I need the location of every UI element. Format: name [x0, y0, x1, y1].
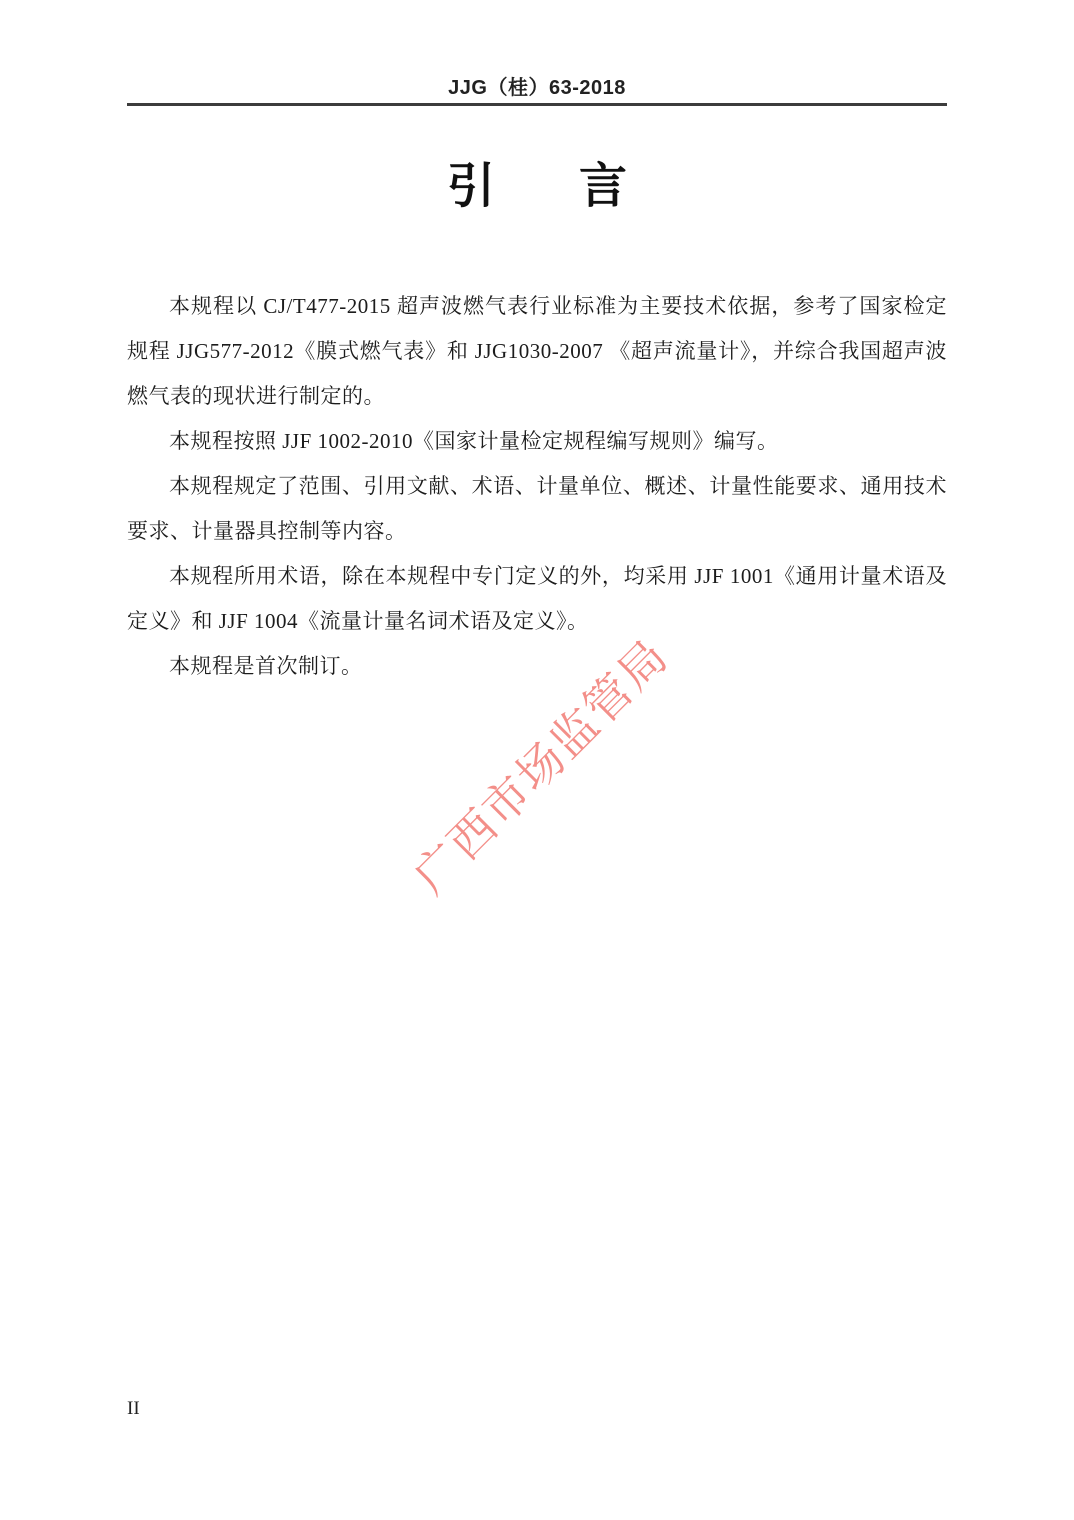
paragraph-5: 本规程是首次制订。 — [127, 644, 947, 689]
page-number: II — [127, 1398, 140, 1420]
paragraph-3: 本规程规定了范围、引用文献、术语、计量单位、概述、计量性能要求、通用技术要求、计… — [127, 464, 947, 554]
page-header: JJG（桂）63-2018 — [127, 0, 947, 106]
paragraph-4: 本规程所用术语，除在本规程中专门定义的外，均采用 JJF 1001《通用计量术语… — [127, 554, 947, 644]
title-char-2: 言 — [579, 158, 627, 214]
header-divider — [127, 103, 947, 106]
paragraph-1: 本规程以 CJ/T477-2015 超声波燃气表行业标准为主要技术依据，参考了国… — [127, 284, 947, 419]
document-body: 本规程以 CJ/T477-2015 超声波燃气表行业标准为主要技术依据，参考了国… — [127, 284, 947, 689]
document-page: JJG（桂）63-2018 引 言 本规程以 CJ/T477-2015 超声波燃… — [0, 0, 1074, 1520]
paragraph-2: 本规程按照 JJF 1002-2010《国家计量检定规程编写规则》编写。 — [127, 419, 947, 464]
page-title: 引 言 — [0, 158, 1074, 214]
document-number: JJG（桂）63-2018 — [127, 0, 947, 100]
title-char-1: 引 — [447, 158, 495, 214]
